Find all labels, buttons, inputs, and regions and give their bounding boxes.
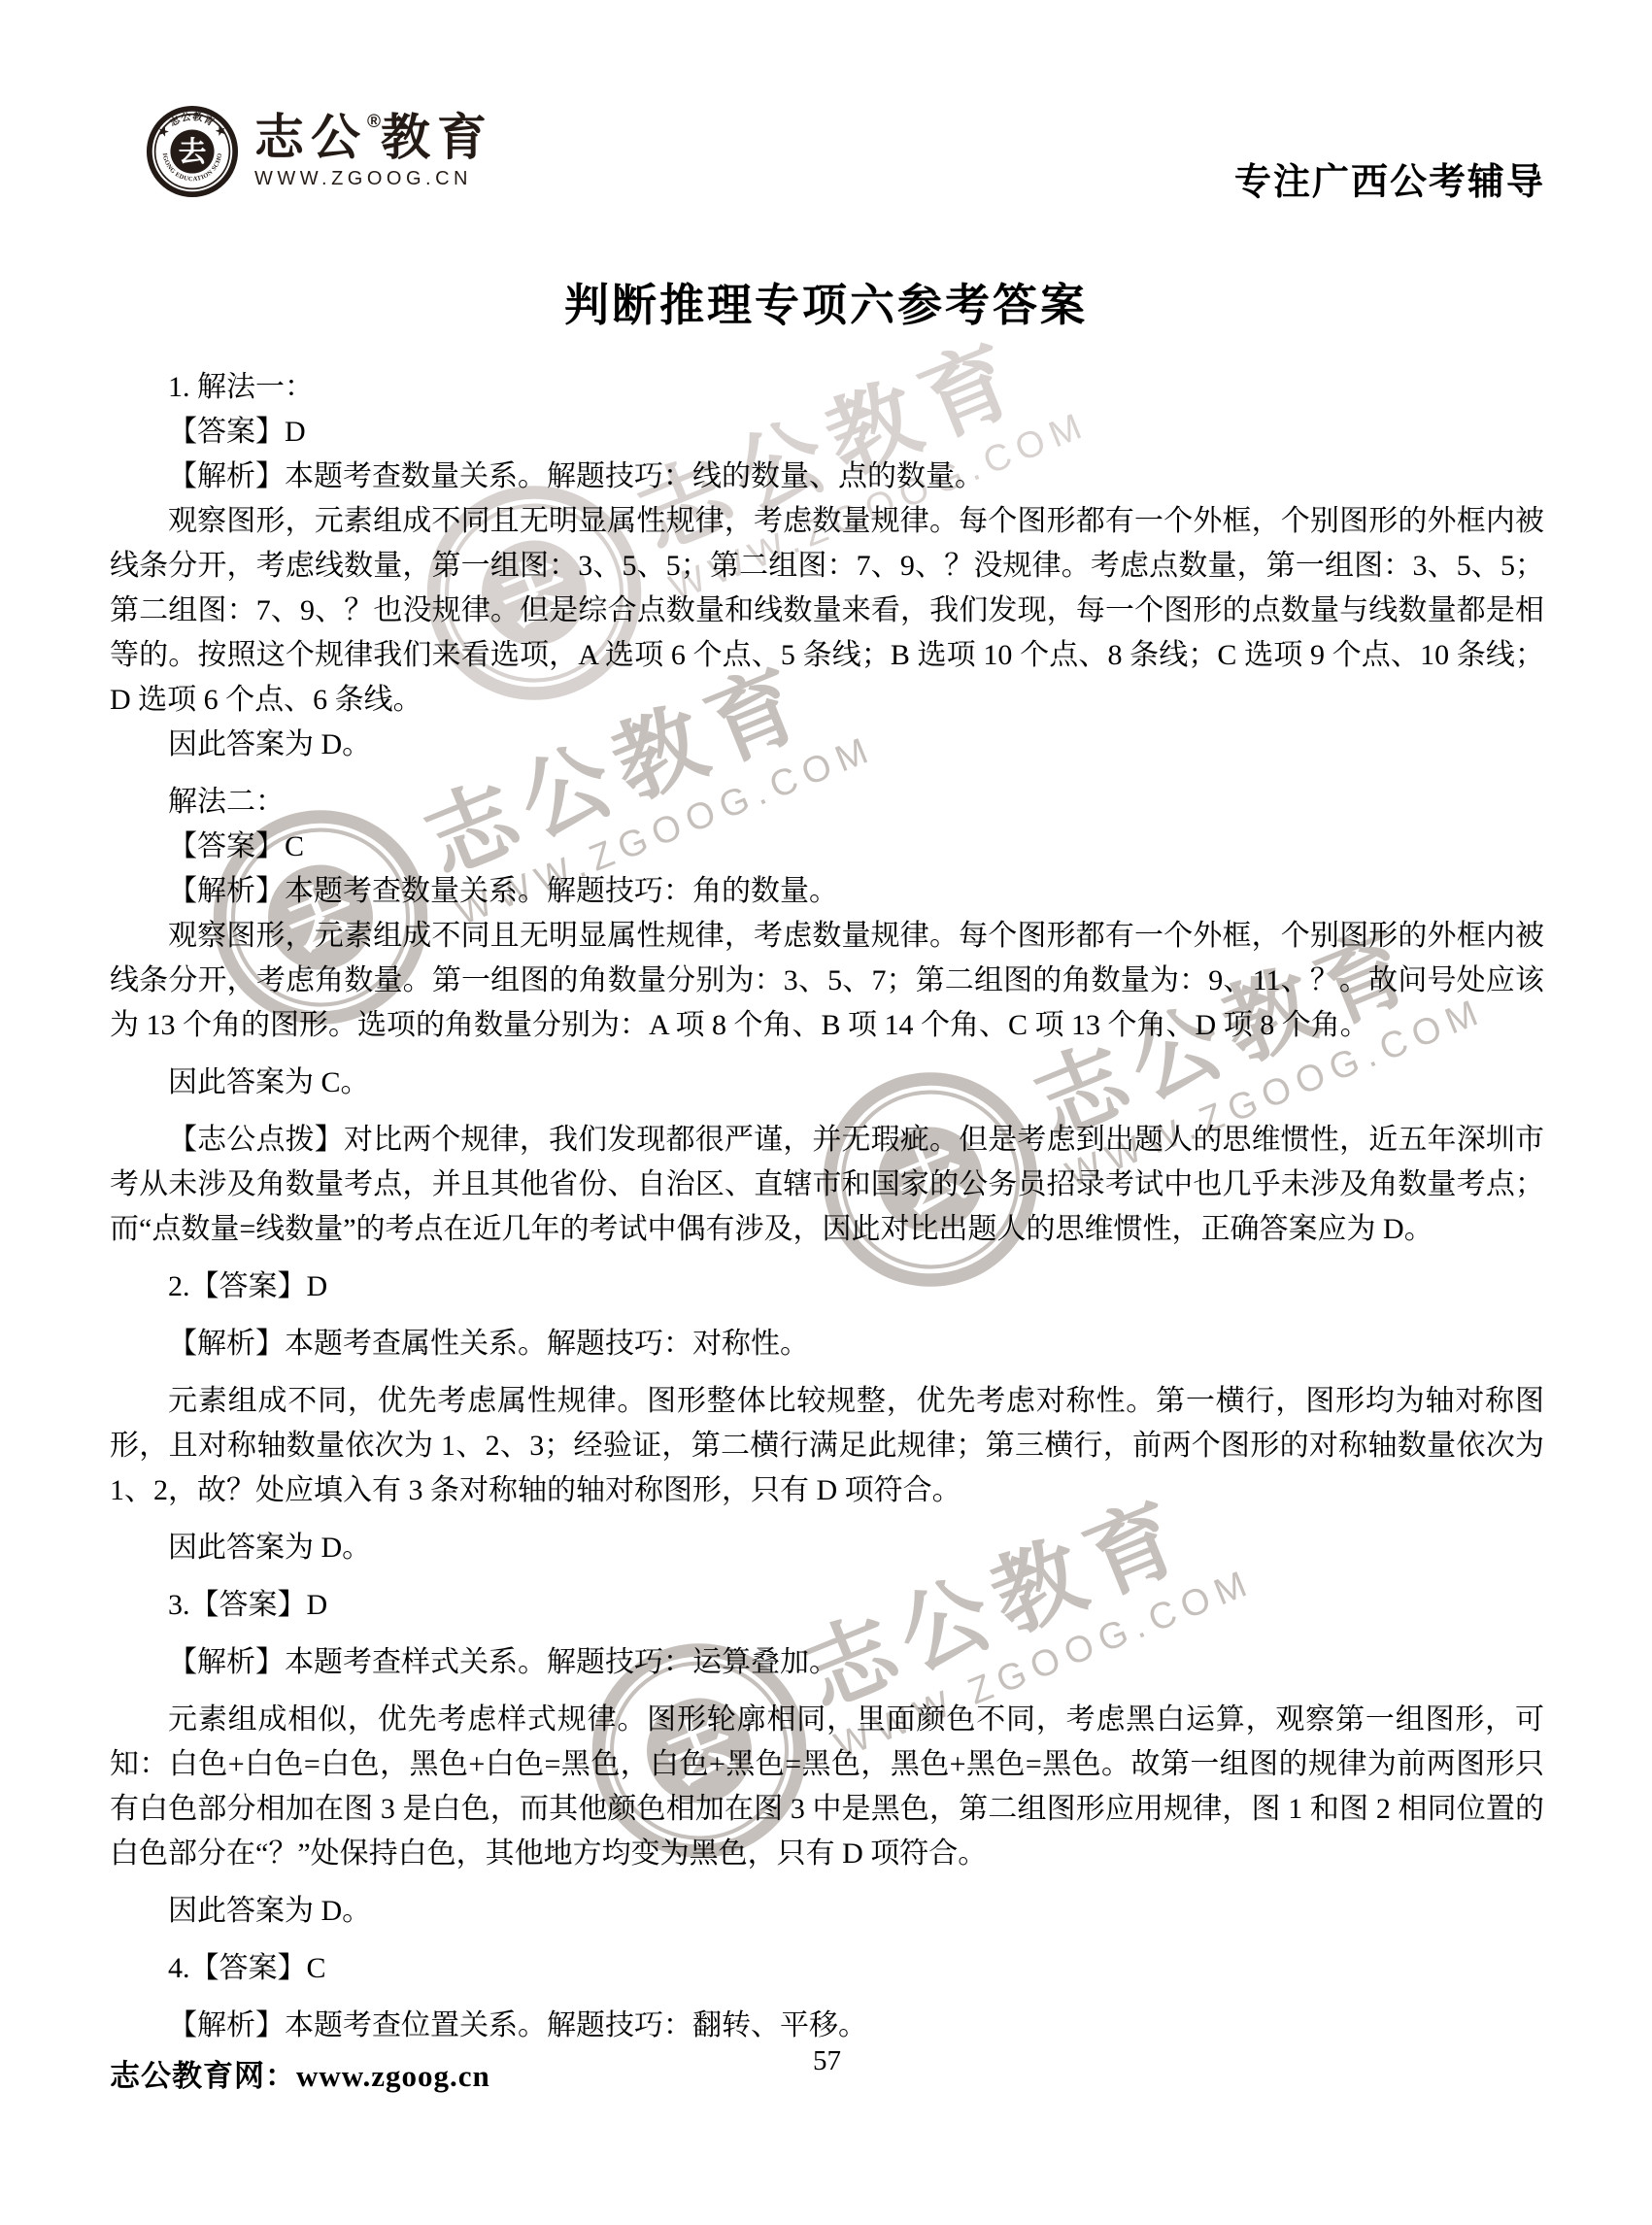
registered-mark: ®	[367, 112, 381, 132]
paragraph: 因此答案为 D。	[110, 1889, 1544, 1934]
paragraph: 元素组成相似，优先考虑样式规律。图形轮廓相同，里面颜色不同，考虑黑白运算，观察第…	[110, 1698, 1544, 1876]
paragraph: 因此答案为 D。	[110, 723, 1544, 767]
answer-content: 1. 解法一：【答案】D【解析】本题考查数量关系。解题技巧：线的数量、点的数量。…	[110, 365, 1544, 2048]
footer-site-label: 志公教育网：	[110, 2059, 296, 2093]
brand-name: 志公®教育	[254, 113, 493, 162]
logo-seal-icon: 去 ★ 志公教育 ★ ZHIGONG EDUCATION SCHOOL	[146, 105, 239, 198]
paragraph: 【解析】本题考查样式关系。解题技巧：运算叠加。	[110, 1640, 1544, 1685]
paragraph: 【解析】本题考查数量关系。解题技巧：线的数量、点的数量。	[110, 455, 1544, 499]
paragraph: 2.【答案】D	[110, 1264, 1544, 1309]
paragraph: 因此答案为 C。	[110, 1061, 1544, 1105]
brand-name-left: 志公	[254, 110, 367, 165]
paragraph: 【志公点拨】对比两个规律，我们发现都很严谨，并无瑕疵。但是考虑到出题人的思维惯性…	[110, 1118, 1544, 1252]
paragraph: 因此答案为 D。	[110, 1526, 1544, 1570]
paragraph: 4.【答案】C	[110, 1946, 1544, 1991]
brand-name-right: 教育	[381, 110, 493, 165]
page-footer: 57 志公教育网：www.zgoog.cn	[110, 2045, 1544, 2104]
paragraph: 1. 解法一：	[110, 365, 1544, 410]
paragraph: 观察图形，元素组成不同且无明显属性规律，考虑数量规律。每个图形都有一个外框，个别…	[110, 499, 1544, 723]
paragraph: 【解析】本题考查数量关系。解题技巧：角的数量。	[110, 869, 1544, 914]
footer-site: 志公教育网：www.zgoog.cn	[110, 2045, 1544, 2095]
paragraph: 观察图形，元素组成不同且无明显属性规律，考虑数量规律。每个图形都有一个外框，个别…	[110, 914, 1544, 1048]
paragraph: 3.【答案】D	[110, 1583, 1544, 1628]
document-page: 去 志公教育 WWW.ZGOOG.COM 去 志公教育 WWW.ZGOOG.CO…	[0, 0, 1652, 2225]
header-slogan: 专注广西公考辅导	[1234, 152, 1545, 205]
page-title: 判断推理专项六参考答案	[0, 270, 1652, 334]
paragraph: 元素组成不同，优先考虑属性规律。图形整体比较规整，优先考虑对称性。第一横行，图形…	[110, 1379, 1544, 1513]
brand-logo: 去 ★ 志公教育 ★ ZHIGONG EDUCATION SCHOOL 志公®教…	[146, 105, 493, 198]
paragraph: 【解析】本题考查属性关系。解题技巧：对称性。	[110, 1322, 1544, 1366]
svg-text:去: 去	[179, 137, 207, 168]
paragraph: 解法二：	[110, 780, 1544, 825]
brand-website: WWW.ZGOOG.CN	[254, 168, 493, 190]
paragraph: 【答案】C	[110, 825, 1544, 869]
paragraph: 【解析】本题考查位置关系。解题技巧：翻转、平移。	[110, 2004, 1544, 2048]
footer-site-url: www.zgoog.cn	[296, 2059, 490, 2093]
paragraph: 【答案】D	[110, 410, 1544, 455]
